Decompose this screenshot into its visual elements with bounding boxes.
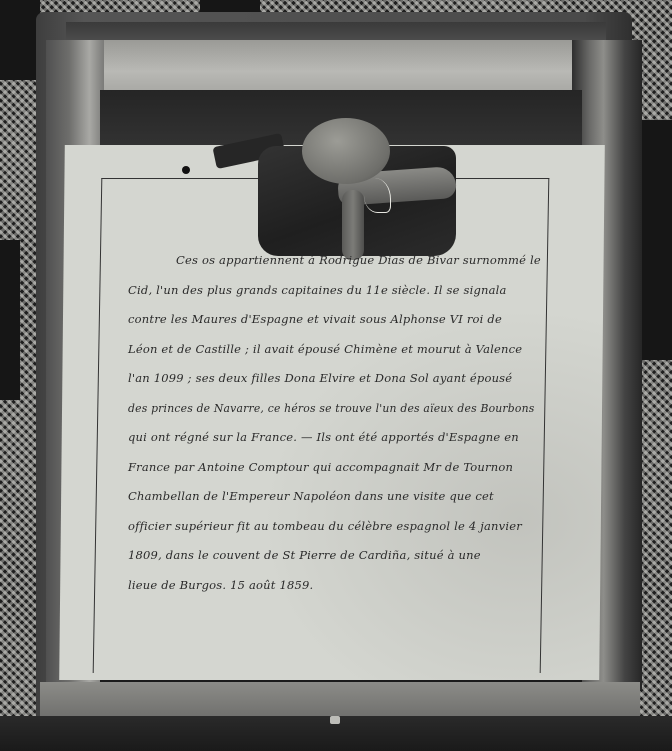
- inscription-line: contre les Maures d'Espagne et vivait so…: [128, 305, 538, 335]
- inscription-line: Cid, l'un des plus grands capitaines du …: [128, 276, 538, 306]
- inscription-line: France par Antoine Comptour qui accompag…: [128, 453, 538, 483]
- vertebra-body: [302, 118, 390, 184]
- inscription-line: 1809, dans le couvent de St Pierre de Ca…: [128, 541, 538, 571]
- rug-dark-pattern: [0, 240, 20, 400]
- wooden-frame-top-rail: [66, 22, 606, 42]
- wooden-frame-inner-top-molding: [82, 40, 582, 92]
- rug-dark-pattern: [200, 0, 260, 12]
- vertebra-relic: [210, 110, 470, 260]
- inscription-line: qui ont régné sur la France. — Ils ont é…: [128, 423, 538, 453]
- inscription-line: des princes de Navarre, ce héros se trou…: [128, 394, 538, 424]
- inscription-line: lieue de Burgos. 15 août 1859.: [128, 571, 538, 601]
- inscription-line: Léon et de Castille ; il avait épousé Ch…: [128, 335, 538, 365]
- inscription-line: l'an 1099 ; ses deux filles Dona Elvire …: [128, 364, 538, 394]
- handwritten-inscription: Ces os appartiennent à Rodrigue Dias de …: [128, 246, 538, 600]
- inscription-line: Chambellan de l'Empereur Napoléon dans u…: [128, 482, 538, 512]
- inscription-line: Ces os appartiennent à Rodrigue Dias de …: [128, 246, 538, 276]
- pin-hole: [182, 166, 190, 174]
- rug-dark-pattern: [0, 0, 40, 80]
- frame-nail: [330, 716, 340, 724]
- inscription-line: officier supérieur fit au tombeau du cél…: [128, 512, 538, 542]
